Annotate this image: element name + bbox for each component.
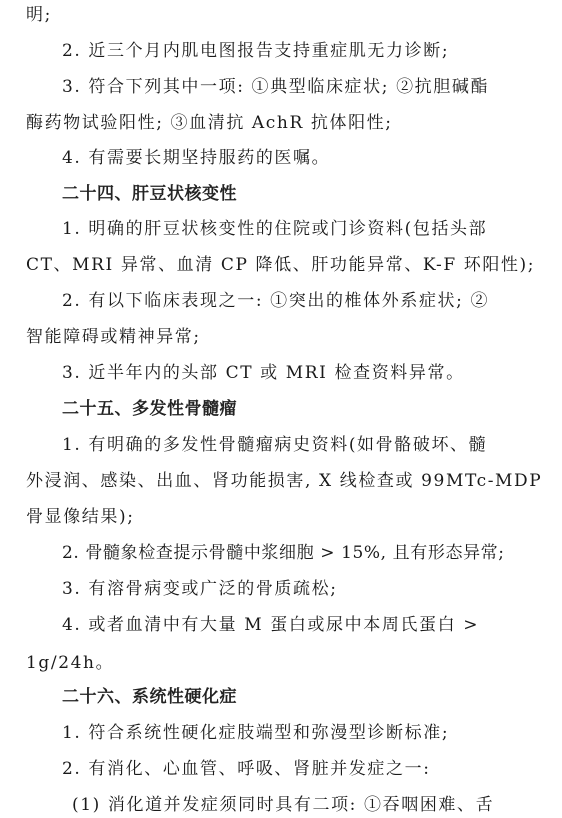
list-item: 1. 明确的肝豆状核变性的住院或门诊资料(包括头部	[62, 218, 552, 240]
list-item: 2. 骨髓象检查提示骨髓中浆细胞 > 15%, 且有形态异常;	[62, 542, 552, 564]
section-heading: 二十五、多发性骨髓瘤	[62, 398, 552, 420]
list-item: 1. 符合系统性硬化症肢端型和弥漫型诊断标准;	[62, 722, 552, 744]
text-line-continuation: 酶药物试验阳性; ③血清抗 AchR 抗体阳性;	[26, 112, 516, 134]
section-heading: 二十四、肝豆状核变性	[62, 183, 552, 205]
document-page: 明; 2. 近三个月内肌电图报告支持重症肌无力诊断; 3. 符合下列其中一项: …	[0, 0, 562, 818]
text-line-continuation: 1g/24h。	[26, 652, 516, 674]
list-item: 4. 或者血清中有大量 M 蛋白或尿中本周氏蛋白 >	[62, 614, 552, 636]
list-item: 3. 符合下列其中一项: ①典型临床症状; ②抗胆碱酯	[62, 76, 552, 98]
section-heading: 二十六、系统性硬化症	[62, 686, 552, 708]
list-item: 3. 近半年内的头部 CT 或 MRI 检查资料异常。	[62, 362, 552, 384]
list-item: 1. 有明确的多发性骨髓瘤病史资料(如骨骼破坏、髓	[62, 434, 552, 456]
list-item: 3. 有溶骨病变或广泛的骨质疏松;	[62, 578, 552, 600]
list-item: 2. 近三个月内肌电图报告支持重症肌无力诊断;	[62, 40, 552, 62]
list-item: 2. 有以下临床表现之一: ①突出的椎体外系症状; ②	[62, 290, 552, 312]
text-line-continuation: 骨显像结果);	[26, 506, 516, 528]
text-line-continuation: 智能障碍或精神异常;	[26, 326, 516, 348]
list-item: 2. 有消化、心血管、呼吸、肾脏并发症之一:	[62, 758, 552, 780]
text-line-continuation: 外浸润、感染、出血、肾功能损害, X 线检查或 99MTc-MDP	[26, 470, 516, 492]
text-line-continuation: 明;	[26, 4, 516, 26]
text-line-continuation: CT、MRI 异常、血清 CP 降低、肝功能异常、K-F 环阳性);	[26, 254, 516, 276]
sub-list-item: (1) 消化道并发症须同时具有二项: ①吞咽困难、舌	[72, 794, 562, 816]
list-item: 4. 有需要长期坚持服药的医嘱。	[62, 147, 552, 169]
